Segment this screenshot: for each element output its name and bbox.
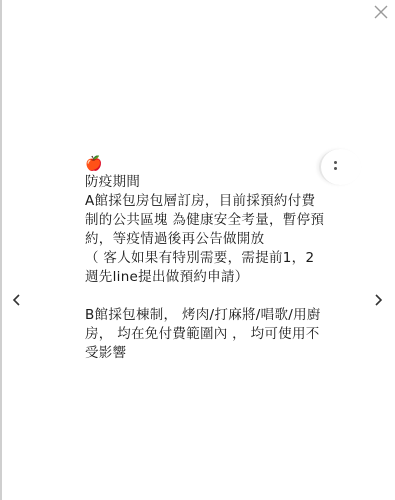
close-icon <box>373 4 389 20</box>
more-options-button[interactable] <box>319 149 361 185</box>
post-heading: 防疫期間 <box>85 173 325 192</box>
previous-button[interactable] <box>10 292 24 308</box>
paragraph-b: B館採包棟制， 烤肉/打麻將/唱歌/用廚房， 均在免付費範圍內 ， 均可使用不受… <box>85 306 325 363</box>
post-content: 🍎 防疫期間 A館採包房包層訂房，目前採預約付費制的公共區塊 為健康安全考量，暫… <box>85 155 325 363</box>
close-button[interactable] <box>373 4 389 20</box>
more-dots-icon <box>334 161 337 164</box>
post-viewer: 🍎 防疫期間 A館採包房包層訂房，目前採預約付費制的公共區塊 為健康安全考量，暫… <box>0 0 395 500</box>
next-button[interactable] <box>371 292 385 308</box>
more-dots-icon-dot <box>334 167 337 170</box>
apple-emoji-icon: 🍎 <box>85 155 325 173</box>
chevron-right-icon <box>371 292 385 308</box>
chevron-left-icon <box>10 292 24 308</box>
paragraph-gap <box>85 287 325 306</box>
paragraph-a: A館採包房包層訂房，目前採預約付費制的公共區塊 為健康安全考量，暫停預約，等疫情… <box>85 192 325 287</box>
